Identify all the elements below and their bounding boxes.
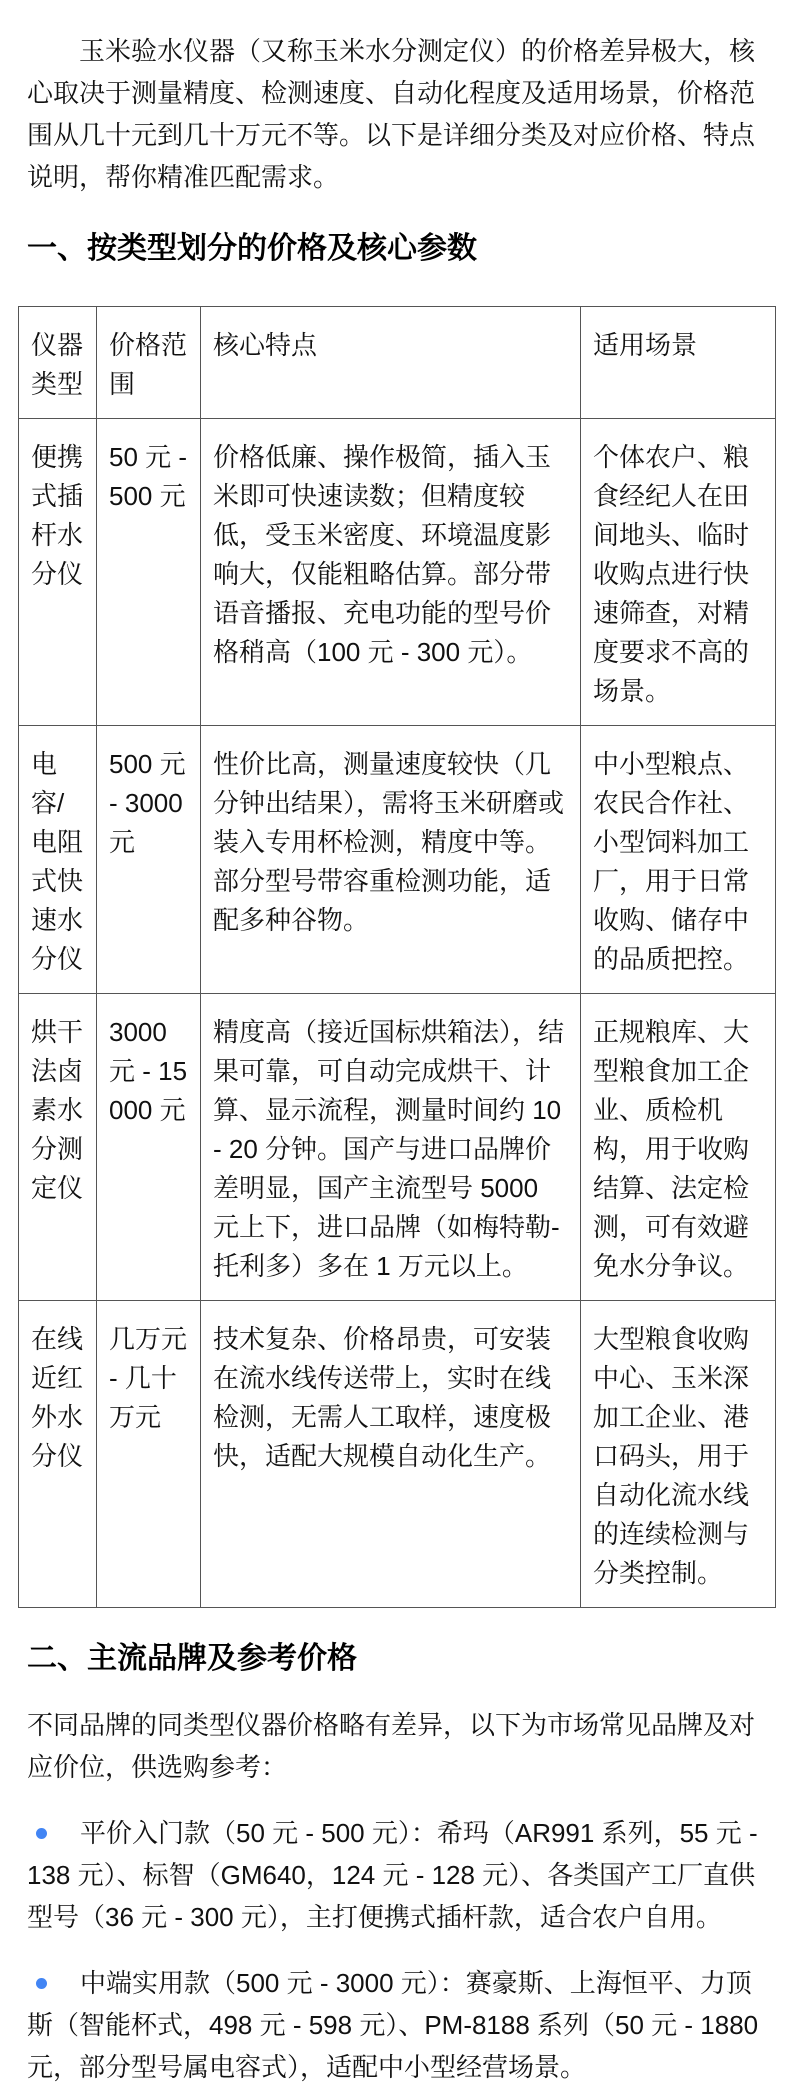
- cell-instrument-type: 电容/电阻式快速水分仪: [19, 726, 97, 994]
- header-cell-instrument-type: 仪器类型: [19, 307, 97, 419]
- table-row: 在线近红外水分仪 几万元 - 几十万元 技术复杂、价格昂贵，可安装在流水线传送带…: [19, 1301, 776, 1608]
- cell-scenarios: 大型粮食收购中心、玉米深加工企业、港口码头，用于自动化流水线的连续检测与分类控制…: [581, 1301, 776, 1608]
- cell-scenarios: 个体农户、粮食经纪人在田间地头、临时收购点进行快速筛查，对精度要求不高的场景。: [581, 419, 776, 726]
- cell-instrument-type: 便携式插杆水分仪: [19, 419, 97, 726]
- cell-scenarios: 正规粮库、大型粮食加工企业、质检机构，用于收购结算、法定检测，可有效避免水分争议…: [581, 994, 776, 1301]
- price-table: 仪器类型 价格范围 核心特点 适用场景 便携式插杆水分仪 50 元 - 500 …: [18, 306, 776, 1608]
- intro-paragraph: 玉米验水仪器（又称玉米水分测定仪）的价格差异极大，核心取决于测量精度、检测速度、…: [27, 30, 764, 198]
- document-page: 玉米验水仪器（又称玉米水分测定仪）的价格差异极大，核心取决于测量精度、检测速度、…: [0, 0, 791, 2100]
- header-cell-features: 核心特点: [201, 307, 581, 419]
- brands-intro-paragraph: 不同品牌的同类型仪器价格略有差异，以下为市场常见品牌及对应价位，供选购参考：: [27, 1704, 764, 1788]
- bullet-item-mid-range: 中端实用款（500 元 - 3000 元）：赛豪斯、上海恒平、力顶斯（智能杯式，…: [27, 1962, 764, 2088]
- bullet-item-entry-level: 平价入门款（50 元 - 500 元）：希玛（AR991 系列，55 元 - 1…: [27, 1812, 764, 1938]
- table-header-row: 仪器类型 价格范围 核心特点 适用场景: [19, 307, 776, 419]
- header-cell-price-range: 价格范围: [97, 307, 201, 419]
- cell-price-range: 3000 元 - 15000 元: [97, 994, 201, 1301]
- cell-features: 价格低廉、操作极简，插入玉米即可快速读数；但精度较低，受玉米密度、环境温度影响大…: [201, 419, 581, 726]
- cell-features: 精度高（接近国标烘箱法），结果可靠，可自动完成烘干、计算、显示流程，测量时间约 …: [201, 994, 581, 1301]
- section-2-heading: 二、主流品牌及参考价格: [27, 1640, 764, 1678]
- cell-price-range: 几万元 - 几十万元: [97, 1301, 201, 1608]
- cell-instrument-type: 烘干法卤素水分测定仪: [19, 994, 97, 1301]
- brand-bullet-list: 平价入门款（50 元 - 500 元）：希玛（AR991 系列，55 元 - 1…: [27, 1812, 764, 2088]
- bullet-dot-icon: [36, 1828, 47, 1839]
- table-row: 烘干法卤素水分测定仪 3000 元 - 15000 元 精度高（接近国标烘箱法）…: [19, 994, 776, 1301]
- bullet-text: 平价入门款（50 元 - 500 元）：希玛（AR991 系列，55 元 - 1…: [27, 1818, 758, 1932]
- header-cell-scenarios: 适用场景: [581, 307, 776, 419]
- cell-scenarios: 中小型粮点、农民合作社、小型饲料加工厂，用于日常收购、储存中的品质把控。: [581, 726, 776, 994]
- table-row: 便携式插杆水分仪 50 元 - 500 元 价格低廉、操作极简，插入玉米即可快速…: [19, 419, 776, 726]
- cell-price-range: 500 元 - 3000 元: [97, 726, 201, 994]
- bullet-dot-icon: [36, 1978, 47, 1989]
- cell-price-range: 50 元 - 500 元: [97, 419, 201, 726]
- section-1-heading: 一、按类型划分的价格及核心参数: [27, 230, 764, 268]
- cell-features: 技术复杂、价格昂贵，可安装在流水线传送带上，实时在线检测，无需人工取样，速度极快…: [201, 1301, 581, 1608]
- table-row: 电容/电阻式快速水分仪 500 元 - 3000 元 性价比高，测量速度较快（几…: [19, 726, 776, 994]
- cell-instrument-type: 在线近红外水分仪: [19, 1301, 97, 1608]
- cell-features: 性价比高，测量速度较快（几分钟出结果），需将玉米研磨或装入专用杯检测，精度中等。…: [201, 726, 581, 994]
- bullet-text: 中端实用款（500 元 - 3000 元）：赛豪斯、上海恒平、力顶斯（智能杯式，…: [27, 1968, 758, 2082]
